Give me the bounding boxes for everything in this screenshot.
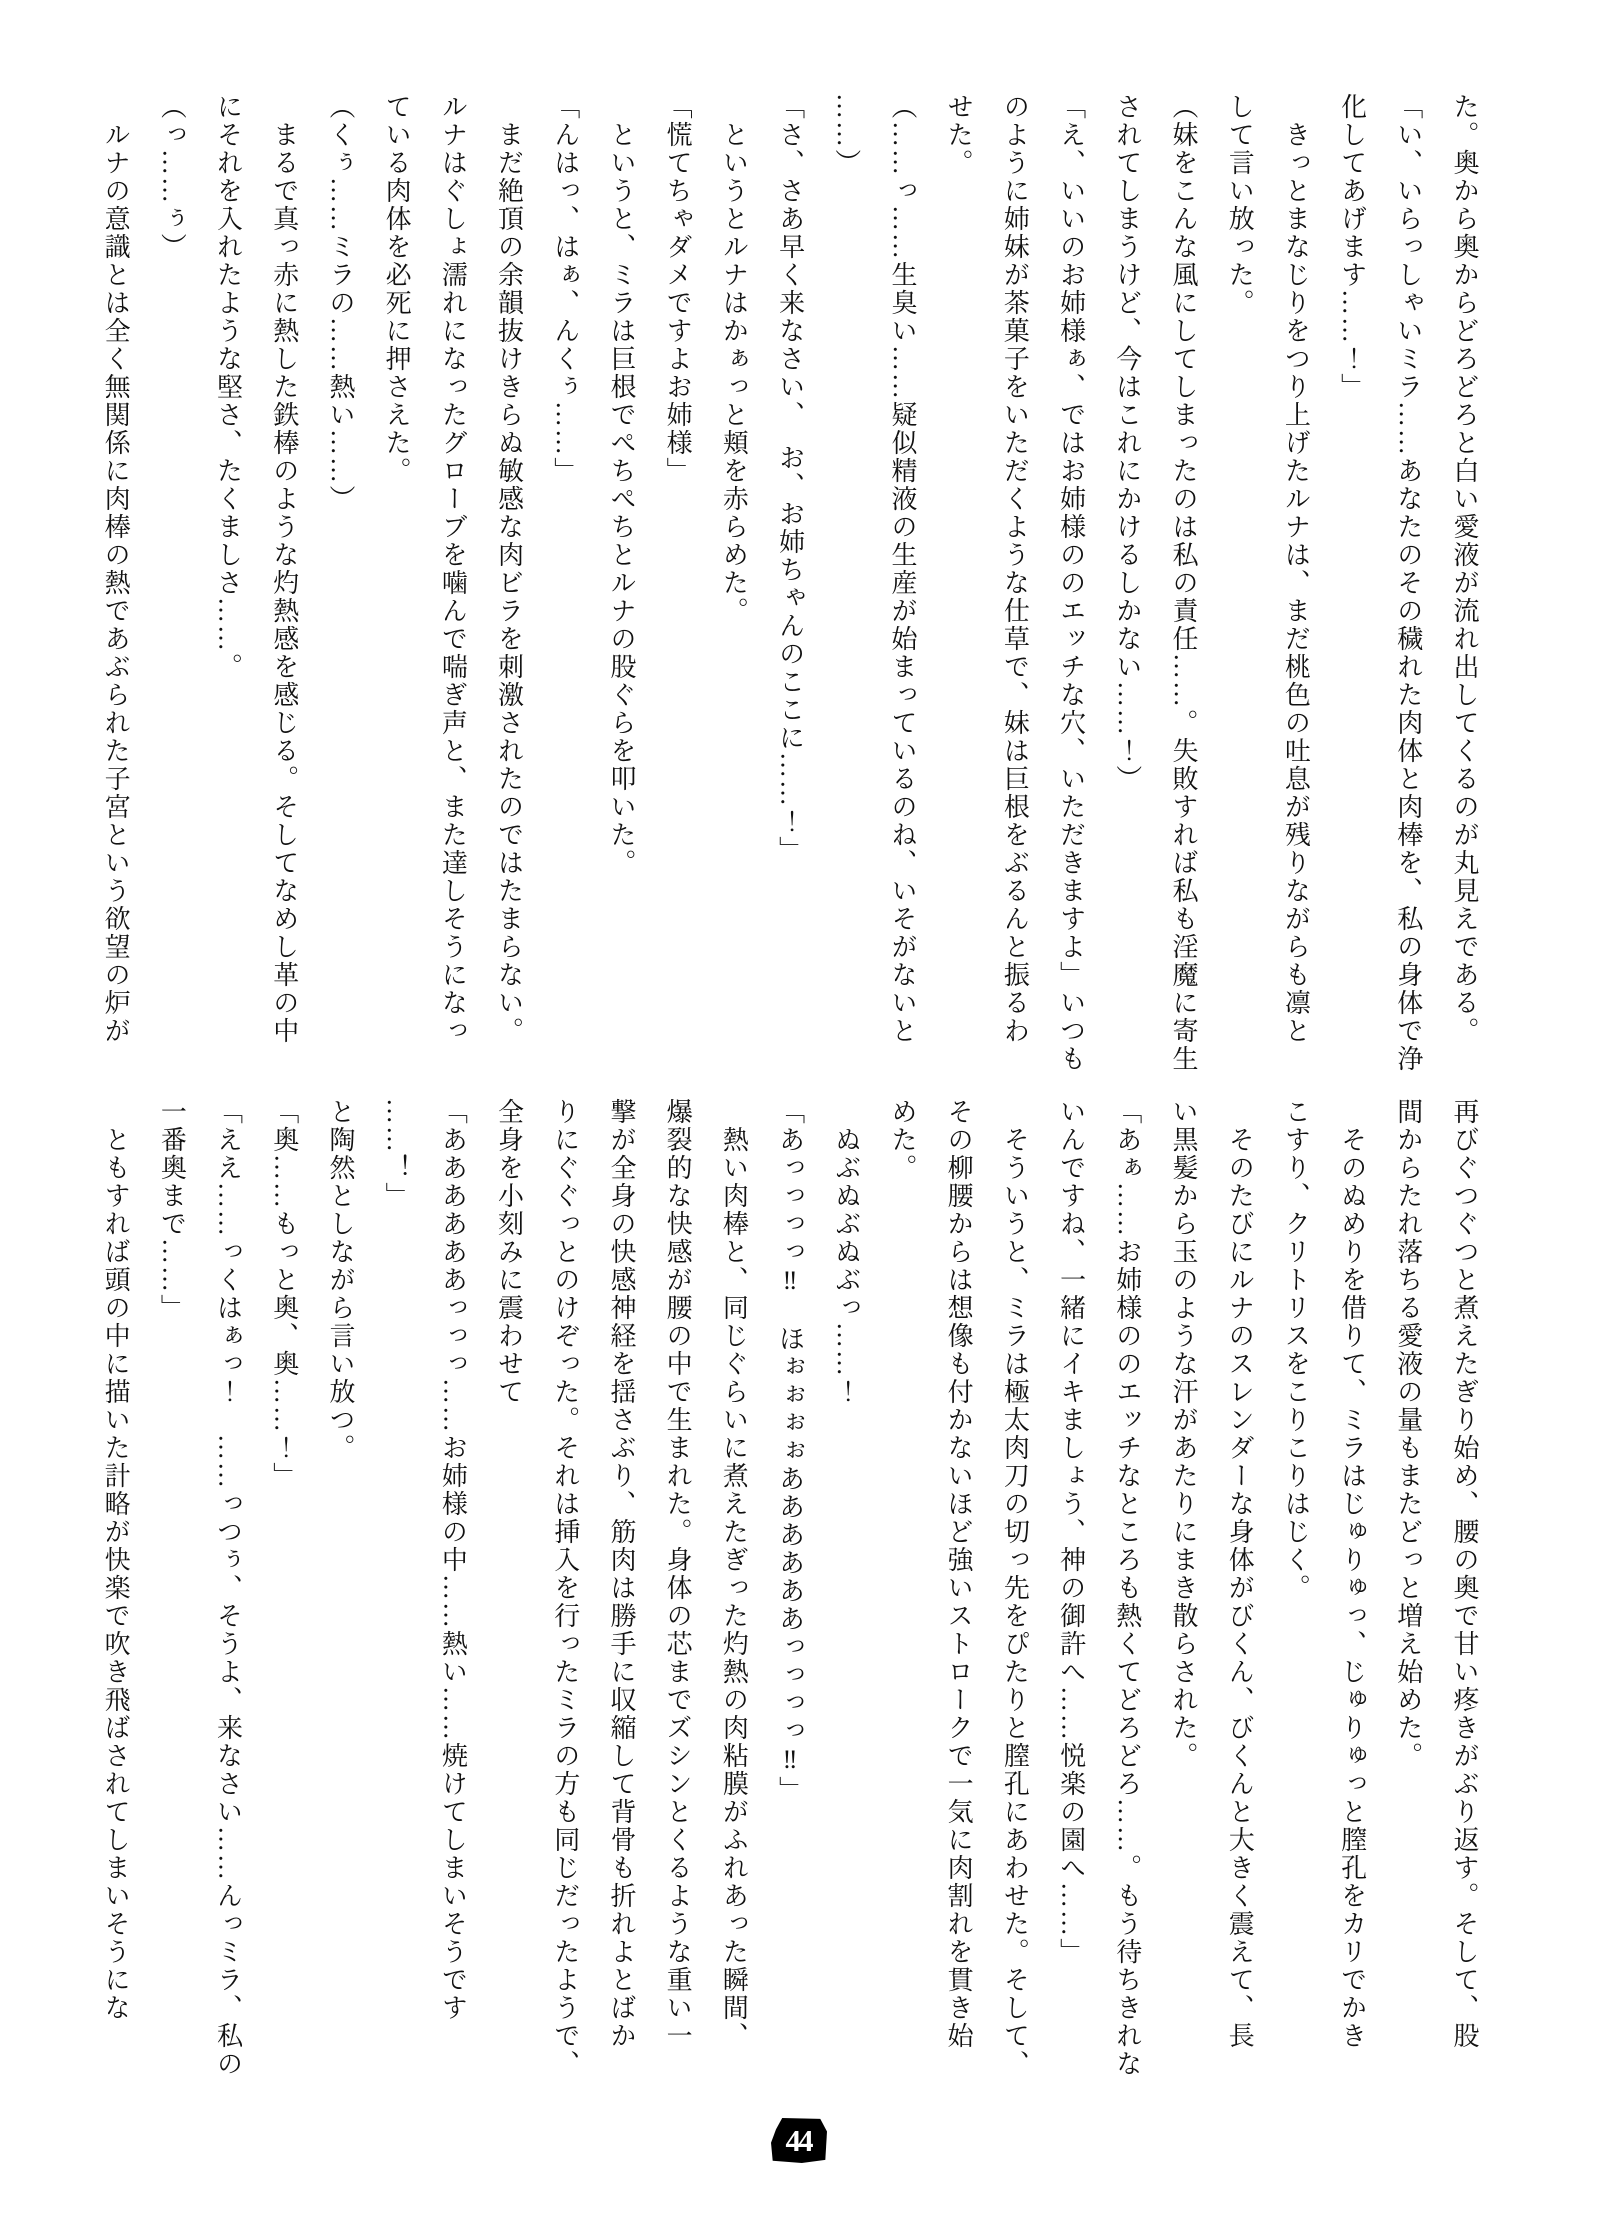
novel-page: { "page": { "number": "44", "background"… <box>0 0 1600 2238</box>
text-line: 化してあげます……！」 <box>1323 93 1379 1078</box>
text-line: そういうと、ミラは極太肉刀の切っ先をぴたりと膣孔にあわせた。そして、 <box>986 1098 1042 2083</box>
text-line: 「え、いいのお姉様ぁ、ではお姉様ののエッチな穴、いただきますよ」いつも <box>1042 93 1098 1078</box>
text-line: のように姉妹が茶菓子をいただくような仕草で、妹は巨根をぶるんと振るわ <box>986 93 1042 1078</box>
text-line: と陶然としながら言い放つ。 <box>312 1098 368 2083</box>
text-line: （……っ……生臭い……疑似精液の生産が始まっているのね、いそがないと <box>874 93 930 1078</box>
text-line: 「ああああああっっっ……お姉様の中……熱い……焼けてしまいそうです <box>424 1098 480 2083</box>
text-line: きっとまなじりをつり上げたルナは、まだ桃色の吐息が残りながらも凛と <box>1267 93 1323 1078</box>
text-line: 「んはっ、はぁ、んくぅ……」 <box>537 93 593 1078</box>
text-line: ルナの意識とは全く無関係に肉棒の熱であぶられた子宮という欲望の炉が <box>87 93 143 1078</box>
text-line: されてしまうけど、今はこれにかけるしかない……！） <box>1099 93 1155 1078</box>
text-line: りにぐぐっとのけぞった。それは挿入を行ったミラの方も同じだったようで、 <box>537 1098 593 2083</box>
text-line: い黒髪から玉のような汗があたりにまき散らされた。 <box>1155 1098 1211 2083</box>
page-number: 44 <box>786 2125 811 2156</box>
text-line: 「慌てちゃダメですよお姉様」 <box>649 93 705 1078</box>
lower-text-block: 再びぐつぐつと煮えたぎり始め、腰の奥で甘い疼きがぶり返す。そして、股間からたれ落… <box>82 1098 1492 2083</box>
page-number-badge: 44 <box>771 2118 827 2163</box>
text-line: というとルナはかぁっと頬を赤らめた。 <box>705 93 761 1078</box>
text-line: 「奥……もっと奥、奥……！」 <box>256 1098 312 2083</box>
text-line: 爆裂的な快感が腰の中で生まれた。身体の芯までズシンとくるような重い一 <box>649 1098 705 2083</box>
text-line: というと、ミラは巨根でぺちぺちとルナの股ぐらを叩いた。 <box>593 93 649 1078</box>
text-line: そのぬめりを借りて、ミラはじゅりゅっ、じゅりゅっと膣孔をカリでかき <box>1323 1098 1379 2083</box>
text-line: 「あっっっっ‼ ほぉぉぉぉああああああっっっっ‼」 <box>761 1098 817 2083</box>
text-line: まだ絶頂の余韻抜けきらぬ敏感な肉ビラを刺激されたのではたまらない。 <box>480 93 536 1078</box>
text-line: 「さ、さあ早く来なさい、 お、お姉ちゃんのここに……！」 <box>761 93 817 1078</box>
text-line: こすり、クリトリスをこりこりはじく。 <box>1267 1098 1323 2083</box>
text-line: た。奥から奥からどろどろと白い愛液が流れ出してくるのが丸見えである。 <box>1436 93 1492 1078</box>
text-line: まるで真っ赤に熱した鉄棒のような灼熱感を感じる。そしてなめし革の中 <box>256 93 312 1078</box>
upper-text-block: た。奥から奥からどろどろと白い愛液が流れ出してくるのが丸見えである。「い、いらっ… <box>82 93 1492 1078</box>
text-line: 「い、いらっしゃいミラ……あなたのその穢れた肉体と肉棒を、私の身体で浄 <box>1380 93 1436 1078</box>
text-line: （っ……ぅ） <box>143 93 199 1078</box>
text-line: めた。 <box>874 1098 930 2083</box>
text-line: 一番奥まで……」 <box>143 1098 199 2083</box>
text-line: ルナはぐしょ濡れになったグローブを噛んで喘ぎ声と、また達しそうになっ <box>424 93 480 1078</box>
text-line: いんですね、一緒にイキましょう、神の御許へ……悦楽の園へ……」 <box>1042 1098 1098 2083</box>
text-line: ともすれば頭の中に描いた計略が快楽で吹き飛ばされてしまいそうにな <box>87 1098 143 2083</box>
text-line: 全身を小刻みに震わせて <box>480 1098 536 2083</box>
text-line: 「あぁ……お姉様ののエッチなところも熱くてどろどろ……。もう待ちきれな <box>1099 1098 1155 2083</box>
text-line: ている肉体を必死に押さえた。 <box>368 93 424 1078</box>
text-line: その柳腰からは想像も付かないほど強いストロークで一気に肉割れを貫き始 <box>930 1098 986 2083</box>
text-line: （くぅ……ミラの……熱い……） <box>312 93 368 1078</box>
text-line: にそれを入れたような堅さ、たくましさ……。 <box>199 93 255 1078</box>
text-line: 熱い肉棒と、同じぐらいに煮えたぎった灼熱の肉粘膜がふれあった瞬間、 <box>705 1098 761 2083</box>
text-line: 再びぐつぐつと煮えたぎり始め、腰の奥で甘い疼きがぶり返す。そして、股 <box>1436 1098 1492 2083</box>
text-line: ぬぶぬぶぬぶっ……！ <box>818 1098 874 2083</box>
text-line: して言い放った。 <box>1211 93 1267 1078</box>
text-line: ……！」 <box>368 1098 424 2083</box>
text-line: 間からたれ落ちる愛液の量もまたどっと増え始めた。 <box>1380 1098 1436 2083</box>
text-line: （妹をこんな風にしてしまったのは私の責任……。失敗すれば私も淫魔に寄生 <box>1155 93 1211 1078</box>
text-line: 撃が全身の快感神経を揺さぶり、筋肉は勝手に収縮して背骨も折れよとばか <box>593 1098 649 2083</box>
text-line: 「ええ……っくはぁっ！ ……っつぅ、そうよ、来なさい……んっミラ、私の <box>199 1098 255 2083</box>
text-line: せた。 <box>930 93 986 1078</box>
text-line: そのたびにルナのスレンダーな身体がびくん、びくんと大きく震えて、長 <box>1211 1098 1267 2083</box>
text-line: ……） <box>818 93 874 1078</box>
